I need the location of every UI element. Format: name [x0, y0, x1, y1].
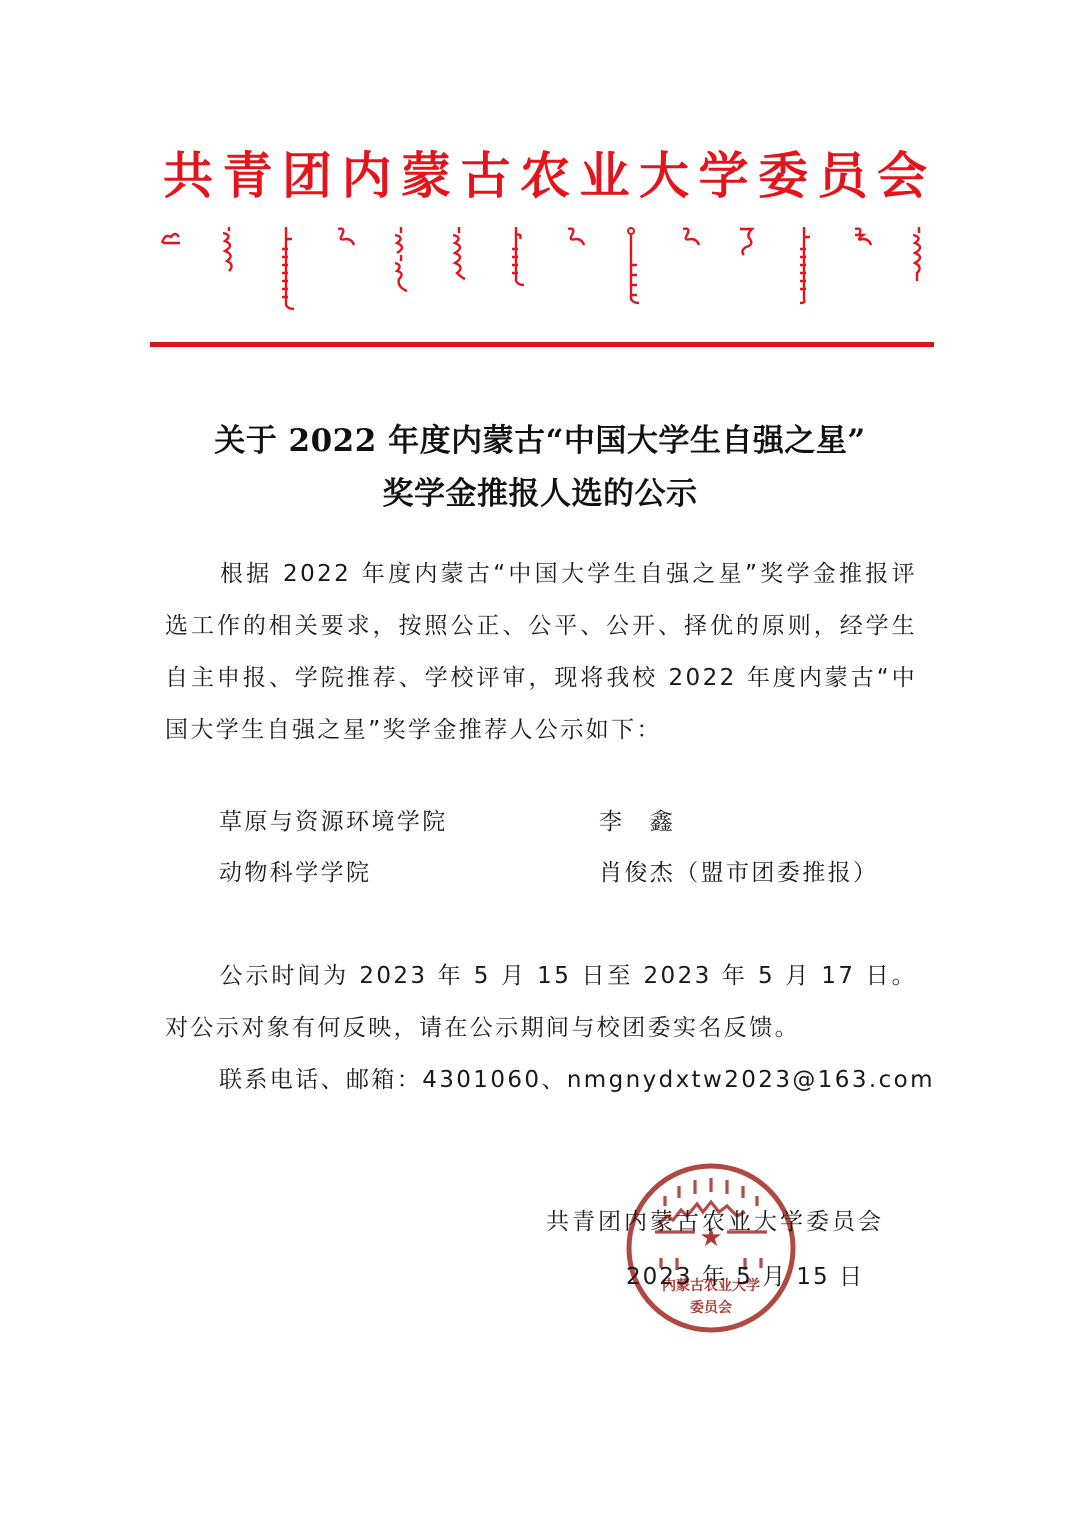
intro-paragraph: 根据 2022 年度内蒙古“中国大学生自强之星”奖学金推报评选工作的相关要求，按…: [165, 548, 917, 756]
signature-date: 2023 年 5 月 15 日: [626, 1258, 864, 1291]
mongolian-word-glyph: [505, 225, 527, 287]
letterhead-char: 青: [220, 140, 276, 212]
letterhead-char: 委: [755, 140, 811, 212]
seal-text-line-2: 委员会: [690, 1299, 732, 1316]
nominee-name: 肖俊杰（盟市团委推报）: [599, 847, 878, 899]
nominee-college: 动物科学学院: [219, 847, 371, 899]
letterhead-char: 团: [279, 140, 335, 212]
letterhead-char: 学: [696, 140, 752, 212]
letterhead-char: 会: [874, 140, 930, 212]
letterhead-org-name: 共 青 团 内 蒙 古 农 业 大 学 委 员 会: [160, 140, 930, 212]
mongolian-word-glyph: [333, 225, 355, 249]
notice-title-line-2: 奖学金推报人选的公示: [150, 468, 930, 513]
mongolian-word-glyph: [678, 225, 700, 249]
mongolian-word-glyph: [793, 225, 815, 305]
nominee-name: 李 鑫: [599, 796, 675, 848]
mongolian-word-glyph: [850, 225, 872, 249]
mongolian-word-glyph: [908, 225, 930, 283]
mongolian-word-glyph: [620, 225, 642, 305]
nominee-row: 动物科学学院 肖俊杰（盟市团委推报）: [219, 847, 919, 899]
mongolian-word-glyph: [390, 225, 412, 297]
letterhead-char: 古: [458, 140, 514, 212]
official-seal: ★ 内蒙古农业大学 委员会: [625, 1162, 797, 1334]
letterhead-divider: [150, 342, 934, 347]
mongolian-word-glyph: [735, 225, 757, 257]
signature-org: 共青团内蒙古农业大学委员会: [546, 1203, 884, 1236]
letterhead-mongolian-script: [160, 225, 930, 320]
mongolian-word-glyph: [563, 225, 585, 249]
mongolian-word-glyph: [218, 225, 240, 275]
letterhead-char: 业: [577, 140, 633, 212]
notice-title-line-1: 关于 2022 年度内蒙古“中国大学生自强之星”: [150, 415, 930, 460]
letterhead-char: 内: [339, 140, 395, 212]
period-paragraph: 公示时间为 2023 年 5 月 15 日至 2023 年 5 月 17 日。对…: [165, 950, 917, 1054]
intro-paragraph-text: 根据 2022 年度内蒙古“中国大学生自强之星”奖学金推报评选工作的相关要求，按…: [165, 561, 917, 743]
contact-line: 联系电话、邮箱：4301060、nmgnydxtw2023@163.com: [219, 1054, 971, 1106]
nominee-college: 草原与资源环境学院: [219, 796, 448, 848]
mongolian-word-glyph: [160, 225, 182, 249]
letterhead-char: 共: [160, 140, 216, 212]
mongolian-word-glyph: [448, 225, 470, 281]
letterhead-char: 农: [517, 140, 573, 212]
mongolian-word-glyph: [275, 225, 297, 311]
letterhead-char: 大: [636, 140, 692, 212]
nominee-row: 草原与资源环境学院 李 鑫: [219, 796, 919, 848]
letterhead-char: 员: [815, 140, 871, 212]
period-paragraph-text: 公示时间为 2023 年 5 月 15 日至 2023 年 5 月 17 日。对…: [165, 963, 917, 1041]
letterhead-char: 蒙: [398, 140, 454, 212]
